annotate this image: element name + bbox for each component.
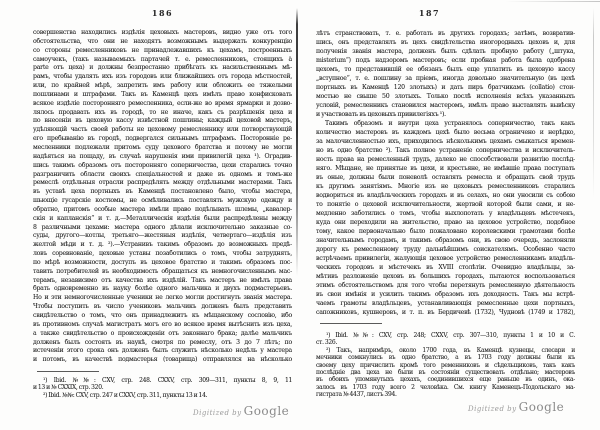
page-body-text: лѣтъ странствовать, т. е. работать въ др… [316, 29, 575, 317]
text-line: ловъ соревнованіе, цеховые уставы позабо… [33, 250, 292, 259]
text-line: мостью не свыше 50 злотыхъ. Только послѣ… [316, 92, 575, 101]
digitized-by-script-text: Digitized by [193, 409, 242, 417]
text-line: няго. Мѣщане, не принятые въ цехи, и кре… [316, 164, 575, 173]
text-line: чаемъ грамоты владѣльцевъ, устанавливающ… [316, 299, 575, 308]
text-line: и участвовать въ цеховыхъ привилегіяхъ ¹… [316, 110, 575, 119]
text-line: медленно заботились о томъ, чтобы выхлоп… [316, 209, 575, 218]
text-line: истеченіи этого срока онъ долженъ былъ с… [33, 347, 292, 356]
text-line: количество мастеровъ въ каждомъ цехѣ был… [316, 128, 575, 137]
text-line: лялось продавать ихъ въ городѣ, то не ин… [33, 109, 292, 118]
text-line: цехомъ, то представившій ее обязанъ былъ… [316, 65, 575, 74]
text-line: въ противномъ случаѣ магистратъ могъ его… [33, 321, 292, 330]
text-line: ность права на ремесленный трудъ, далеко… [316, 155, 575, 164]
text-line: по внесеніи въ цеховую кассу извѣстной п… [33, 117, 292, 126]
text-line: совершенства находились издѣлія цеховыхъ… [33, 29, 292, 38]
footnote-line: послѣдніе два цеха не были въ состояніи … [316, 369, 575, 376]
book-page-left: 186 совершенства находились издѣлія цехо… [33, 8, 292, 422]
book-page-right: 187 лѣтъ странствовать, т. е. работать в… [316, 8, 575, 422]
text-line: условій, ремесленникъ становился мастеро… [316, 101, 575, 110]
footnote-line: ст. 326. [316, 339, 575, 346]
text-line: въ уставѣ цеха портныхъ въ Каменцѣ поста… [33, 188, 292, 197]
page-body-text: совершенства находились издѣлія цеховыхъ… [33, 29, 292, 365]
page-edge-line-right [593, 8, 594, 198]
text-line: шьющіе гусарскіе костюмы, не осмѣливалис… [33, 197, 292, 206]
page-gutter-edge-line [296, 8, 298, 276]
footnote-line: своему цеху причислить кромѣ того ременн… [316, 362, 575, 369]
google-logo-text: Google [519, 400, 565, 414]
footnote-line: ¹) Ibid. №№: CXV, стр. 248. CXXV, стр. 3… [33, 377, 292, 384]
footnote-separator-rule [320, 323, 382, 324]
page-edge-line-top [505, 1, 600, 2]
text-line: полученія званія мастера, долженъ былъ с… [316, 47, 575, 56]
google-logo-text: Google [244, 404, 290, 418]
digitized-by-script-text: Digitized by [468, 405, 517, 413]
text-line: со стороны ремесленниковъ не принадлежав… [33, 47, 292, 56]
text-line: дорогу къ ремесленному труду дальнѣйшимъ… [316, 245, 575, 254]
text-line: скія и капланскія“ и т. д.—Металлическія… [33, 215, 292, 224]
page-number: 187 [300, 8, 559, 20]
text-line: всякое издѣліе посторонняго ремесленника… [33, 100, 292, 109]
text-line: сапожниковъ, кушнеровъ, и т. п. въ Берди… [316, 308, 575, 317]
text-line: въ свои имѣнія и усилить такимъ образомъ… [316, 290, 575, 299]
text-line: его пребыванію въ городѣ, подвергался си… [33, 135, 292, 144]
text-line: Такимъ образомъ и внутри цеха устранялос… [316, 119, 575, 128]
text-line: „вступное“, т. е. пошлину за пріемъ, ино… [316, 74, 575, 83]
text-line: шись такимъ образомъ отъ посторонняго со… [33, 162, 292, 171]
text-line: тому, какое первоначально было пожалован… [316, 227, 575, 236]
text-line: куда они переходили на жительство, право… [316, 218, 575, 227]
footnote-line: мечники сомкнулись въ одно братство, а в… [316, 354, 575, 361]
text-line: Но и эти немногочисленные ученики не лег… [33, 294, 292, 303]
text-line: ческихъ городовъ и мѣстечекъ въ XVIII ст… [316, 263, 575, 272]
google-watermark: Digitized byGoogle [468, 396, 564, 415]
footnotes: ¹) Ibid. №№: CXV, стр. 248; CXXV, стр. 3… [316, 332, 575, 399]
text-line: надѣяться на пощаду, въ случаѣ нарушенія… [33, 153, 292, 162]
text-line: шись, онъ представлялъ въ цехъ свидѣтель… [316, 38, 575, 47]
text-line: разграничить области своихъ спеціальност… [33, 171, 292, 180]
text-line: встрѣчаемъ привилегіи, жалующія цеховое … [316, 254, 575, 263]
google-watermark: Digitized byGoogle [193, 400, 289, 419]
text-line: самоучекъ, (такъ называемыхъ партачей т.… [33, 56, 292, 65]
text-line: месленники подлежали притомъ суду цехово… [33, 144, 292, 153]
text-line: обратно, притомъ особые мастера имѣли пр… [33, 206, 292, 215]
text-line: но въ одно братство ²). Такъ полное устр… [316, 146, 575, 155]
text-line: за малочисленностью ихъ, приходилось нѣс… [316, 137, 575, 146]
text-line: по мѣрѣ возможности, доступъ въ цеховое … [33, 259, 292, 268]
text-line: лѣтъ странствовать, т. е. работать въ др… [316, 29, 575, 38]
text-line: parte отъ цеха) и должны безпрестанно пр… [33, 64, 292, 73]
text-line: или, по крайней мѣрѣ, запретить имъ рабо… [33, 82, 292, 91]
footnote-line: ¹) Ibid. №№: CXV, стр. 248; CXXV, стр. 3… [316, 332, 575, 339]
text-line: этимъ обстоятельствомъ для того чтобы пе… [316, 281, 575, 290]
text-line: misterium“) подъ надзоромъ мастеровъ; ес… [316, 56, 575, 65]
text-line: значительнымъ городамъ, и такимъ образом… [316, 236, 575, 245]
text-line: а также свидѣтельство о происхожденіи от… [33, 330, 292, 339]
text-line: терамъ, независимо отъ качества ихъ издѣ… [33, 277, 292, 286]
text-line: ремеслѣ отдѣльныя отрасли распредѣлять м… [33, 179, 292, 188]
footnote-line: ²) Такъ, напримѣръ, около 1700 года, въ … [316, 347, 575, 354]
text-line: свидѣтельство о томъ, что онъ принадлежи… [33, 312, 292, 321]
page-number: 186 [33, 8, 292, 20]
text-line: къ другимъ занятіямъ. Многіе изъ не цехо… [316, 182, 575, 191]
footnote-line: залось въ 1703 году всего 2 человѣка. См… [316, 384, 575, 391]
text-line: пошлинами и штрафами. Такъ въ Каменцѣ це… [33, 91, 292, 100]
text-line: Чтобы поступить въ число учениковъ мальч… [33, 303, 292, 312]
text-line: тавить потребителей въ необходимость обр… [33, 268, 292, 277]
text-line: и потомъ, въ качествѣ подмастерья (товар… [33, 356, 292, 365]
footnote-separator-rule [37, 371, 99, 372]
text-line: желтой мѣди и т. д. ²).—Устранивъ такимъ… [33, 241, 292, 250]
text-line: водвориться въ владѣльческихъ городахъ и… [316, 191, 575, 200]
text-line: 8 различными цехами: мастера одного дѣла… [33, 224, 292, 233]
text-line: суды, другого—котлы, третьяго—жестяныя и… [33, 232, 292, 241]
footnotes: ¹) Ibid. №№: CXV, стр. 248. CXXV, стр. 3… [33, 377, 292, 399]
text-line: то понятіе о цеховой исключительности, ж… [316, 200, 575, 209]
text-line: портныхъ въ Каменцѣ 120 злотыхъ) и дать … [316, 83, 575, 92]
text-line: рамъ, чтобы удалять ихъ изъ городовъ или… [33, 73, 292, 82]
footnote-line: ²) Ibid. №№: CXV, стр. 247 и CXXV, стр. … [33, 392, 292, 399]
text-line: удѣляющій часть своей работы не цеховому… [33, 126, 292, 135]
text-line: мѣтивъ разложеніе цеховъ въ большихъ гор… [316, 272, 575, 281]
text-line: обстоятельства, что они не находятъ возм… [33, 38, 292, 47]
footnote-line: и 13 и № CXXIX, стр. 320. [33, 384, 292, 391]
footnote-line: въ обоихъ упомянутыхъ цехахъ, соединивши… [316, 376, 575, 383]
text-line: долженъ былъ состоять въ наукѣ, смотря п… [33, 339, 292, 348]
text-line: въ оные, должны были поневолѣ оставлять … [316, 173, 575, 182]
text-line: брать одновременно въ науку болѣе одного… [33, 285, 292, 294]
